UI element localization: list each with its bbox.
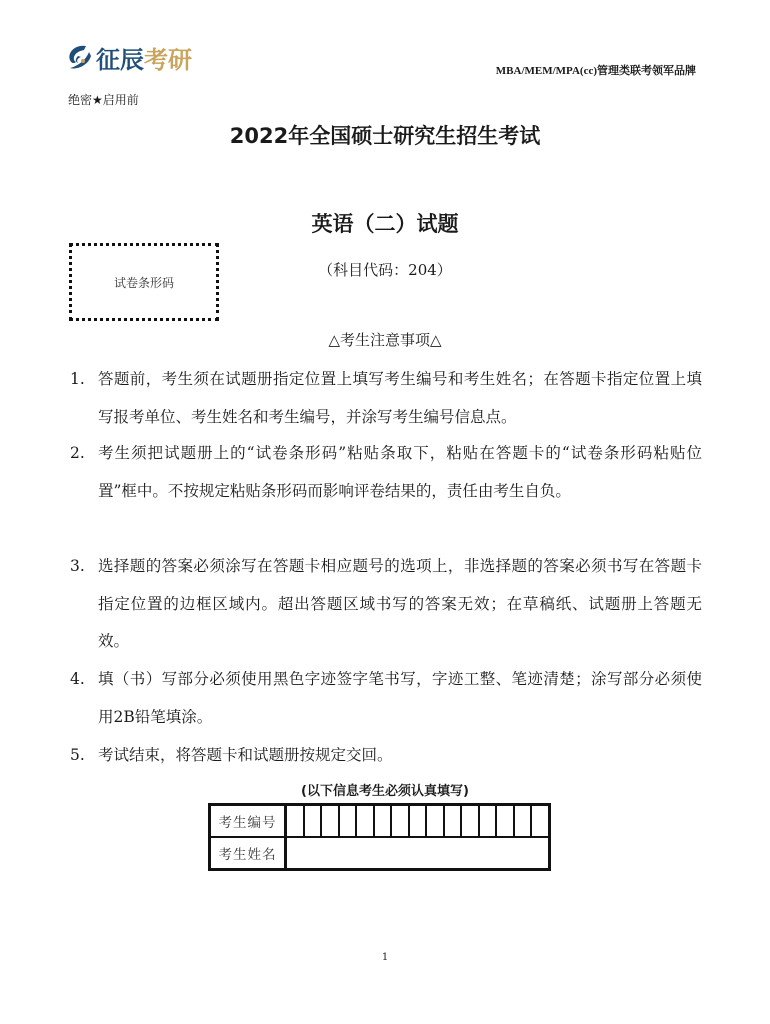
- barcode-label: 试卷条形码: [114, 274, 174, 291]
- subject-code-text: （科目代码：204）: [318, 259, 452, 280]
- notice-item-number: 3.: [70, 548, 85, 586]
- notice-item: 5. 考试结束，将答题卡和试题册按规定交回。: [70, 737, 702, 775]
- fill-instruction: (以下信息考生必须认真填写): [0, 780, 770, 799]
- candidate-id-cell[interactable]: [461, 805, 479, 838]
- candidate-id-cell[interactable]: [391, 805, 409, 838]
- notice-item-text: 考试结束，将答题卡和试题册按规定交回。: [70, 737, 702, 775]
- notice-item-text: 考生须把试题册上的“试卷条形码”粘贴条取下，粘贴在答题卡的“试卷条形码粘贴位置”…: [70, 435, 702, 510]
- candidate-id-cell[interactable]: [531, 805, 549, 838]
- candidate-id-label: 考生编号: [210, 805, 286, 838]
- candidate-id-cell[interactable]: [496, 805, 514, 838]
- candidate-id-cell[interactable]: [356, 805, 374, 838]
- brand-tagline: MBA/MEM/MPA(cc)管理类联考领军品牌: [496, 62, 696, 78]
- candidate-id-cell[interactable]: [339, 805, 357, 838]
- notice-item: 4. 填（书）写部分必须使用黑色字迹签字笔书写，字迹工整、笔迹清楚；涂写部分必须…: [70, 661, 702, 736]
- logo-text-secondary: 考研: [144, 46, 192, 74]
- candidate-id-cell[interactable]: [321, 805, 339, 838]
- notice-item-text: 填（书）写部分必须使用黑色字迹签字笔书写，字迹工整、笔迹清楚；涂写部分必须使用2…: [70, 661, 702, 736]
- notice-item-number: 5.: [70, 737, 85, 775]
- candidate-id-cell[interactable]: [426, 805, 444, 838]
- candidate-id-cell[interactable]: [444, 805, 462, 838]
- notice-item: 1. 答题前，考生须在试题册指定位置上填写考生编号和考生姓名；在答题卡指定位置上…: [70, 361, 702, 436]
- exam-title: 2022年全国硕士研究生招生考试: [0, 120, 770, 150]
- candidate-id-cell[interactable]: [409, 805, 427, 838]
- candidate-id-row: 考生编号: [210, 805, 550, 838]
- candidate-name-field[interactable]: [286, 837, 550, 870]
- swirl-logo-icon: [64, 42, 94, 72]
- notice-item: 2. 考生须把试题册上的“试卷条形码”粘贴条取下，粘贴在答题卡的“试卷条形码粘贴…: [70, 435, 702, 510]
- notice-item-number: 2.: [70, 435, 85, 473]
- logo-text: 征辰考研: [96, 40, 192, 75]
- notice-heading: △考生注意事项△: [0, 329, 770, 350]
- candidate-id-cell[interactable]: [286, 805, 304, 838]
- candidate-name-row: 考生姓名: [210, 837, 550, 870]
- candidate-id-cell[interactable]: [479, 805, 497, 838]
- candidate-name-label: 考生姓名: [210, 837, 286, 870]
- candidate-id-cell[interactable]: [304, 805, 322, 838]
- notice-item: 3. 选择题的答案必须涂写在答题卡相应题号的选项上，非选择题的答案必须书写在答题…: [70, 548, 702, 661]
- notice-item-number: 1.: [70, 361, 85, 399]
- notice-item-text: 选择题的答案必须涂写在答题卡相应题号的选项上，非选择题的答案必须书写在答题卡指定…: [70, 548, 702, 661]
- page-number: 1: [0, 952, 770, 963]
- notice-item-text: 答题前，考生须在试题册指定位置上填写考生编号和考生姓名；在答题卡指定位置上填写报…: [70, 361, 702, 436]
- candidate-id-cell[interactable]: [514, 805, 532, 838]
- subject-title: 英语（二）试题: [0, 208, 770, 238]
- barcode-box: 试卷条形码: [69, 243, 219, 321]
- candidate-id-cell[interactable]: [374, 805, 392, 838]
- notice-item-number: 4.: [70, 661, 85, 699]
- brand-logo: 征辰考研: [64, 40, 192, 74]
- candidate-info-form: 考生编号 考生姓名: [208, 803, 551, 871]
- subject-title-text: 英语（二）试题: [312, 208, 459, 238]
- logo-text-primary: 征辰: [96, 46, 144, 74]
- confidential-label: 绝密★启用前: [68, 91, 139, 108]
